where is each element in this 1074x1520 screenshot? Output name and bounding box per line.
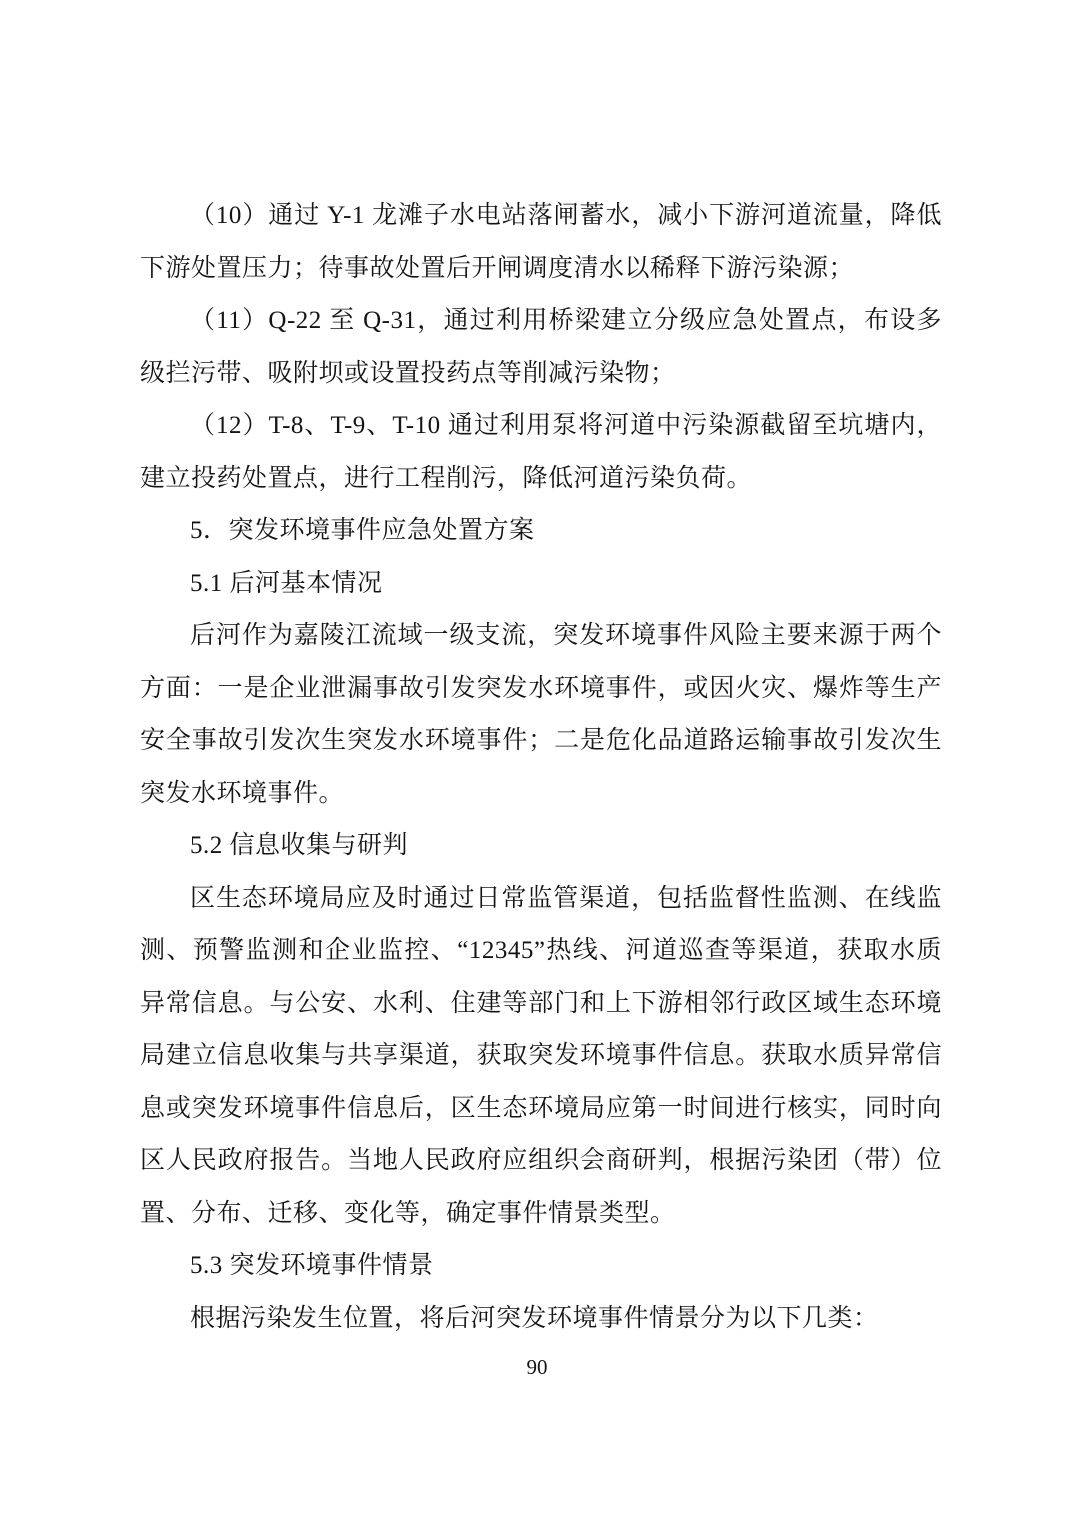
section-heading-5-1: 5.1 后河基本情况 (140, 558, 942, 611)
document-text-block: （10）通过 Y-1 龙滩子水电站落闸蓄水，减小下游河道流量，降低下游处置压力；… (140, 190, 942, 1345)
paragraph-scenario-intro: 根据污染发生位置，将后河突发环境事件情景分为以下几类： (140, 1293, 942, 1346)
paragraph-information-collection: 区生态环境局应及时通过日常监管渠道，包括监督性监测、在线监测、预警监测和企业监控… (140, 873, 942, 1241)
paragraph-item-10: （10）通过 Y-1 龙滩子水电站落闸蓄水，减小下游河道流量，降低下游处置压力；… (140, 190, 942, 295)
section-heading-5: 5．突发环境事件应急处置方案 (140, 505, 942, 558)
paragraph-item-12: （12）T-8、T-9、T-10 通过利用泵将河道中污染源截留至坑塘内，建立投药… (140, 400, 942, 505)
section-heading-5-2: 5.2 信息收集与研判 (140, 820, 942, 873)
section-heading-5-3: 5.3 突发环境事件情景 (140, 1240, 942, 1293)
page-number: 90 (0, 1352, 1074, 1382)
paragraph-item-11: （11）Q-22 至 Q-31，通过利用桥梁建立分级应急处置点，布设多级拦污带、… (140, 295, 942, 400)
paragraph-river-overview: 后河作为嘉陵江流域一级支流，突发环境事件风险主要来源于两个方面：一是企业泄漏事故… (140, 610, 942, 820)
document-page: （10）通过 Y-1 龙滩子水电站落闸蓄水，减小下游河道流量，降低下游处置压力；… (0, 0, 1074, 1520)
